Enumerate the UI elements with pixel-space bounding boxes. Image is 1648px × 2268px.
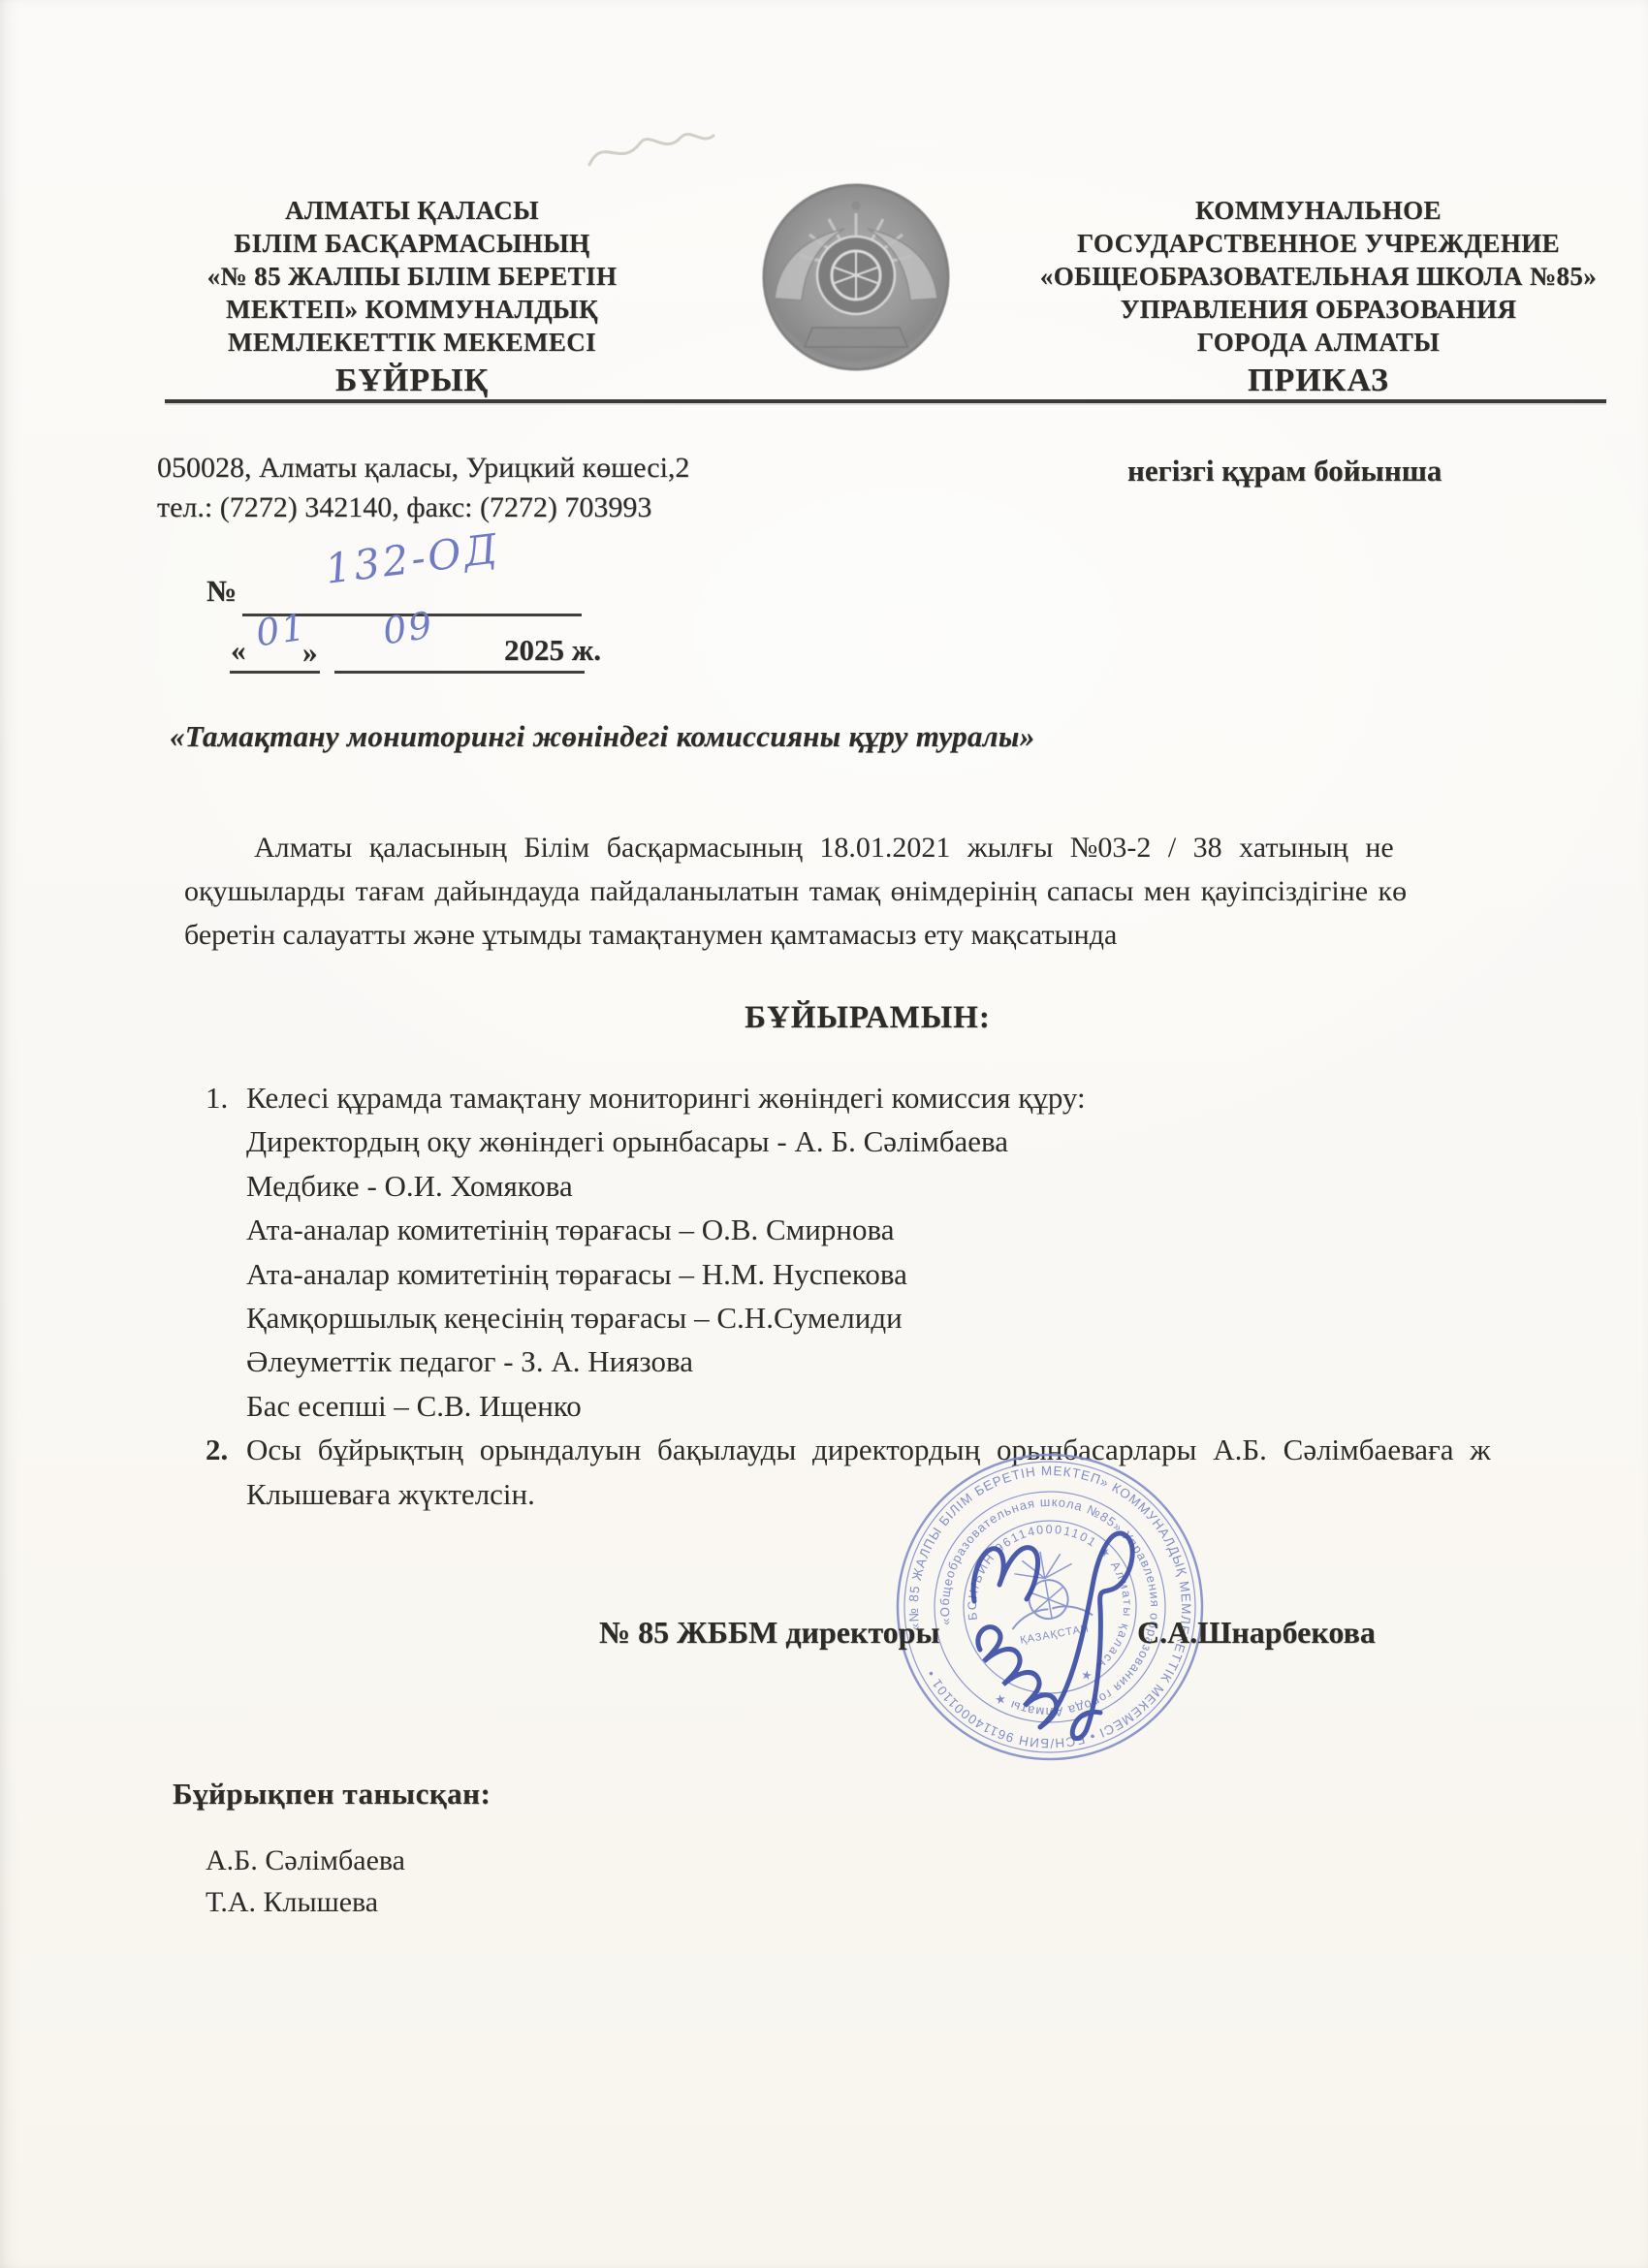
order-number-label: №: [206, 574, 237, 609]
date-month-handwritten: 09: [380, 604, 436, 653]
item-text: Қамқоршылық кеңесінің төрағасы – С.Н.Сум…: [246, 1296, 903, 1339]
item-number: [206, 1208, 246, 1251]
item-number: [206, 1296, 246, 1339]
item-number: [206, 1119, 246, 1163]
acknowledged-heading: Бұйрықпен танысқан:: [173, 1777, 491, 1811]
list-item: Ата-аналар комитетінің төрағасы – О.В. С…: [206, 1208, 1648, 1251]
paragraph-line: оқушыларды тағам дайындауда пайдаланылат…: [184, 869, 1648, 913]
date-day-blank-line: [230, 671, 320, 674]
item-text: Медбике - О.И. Хомякова: [246, 1164, 573, 1208]
paragraph-line: беретін салауатты және ұтымды тамақтанум…: [184, 913, 1648, 957]
org-ru-line: «ОБЩЕОБРАЗОВАТЕЛЬНАЯ ШКОЛА №85»: [1003, 260, 1633, 293]
director-signature: [926, 1493, 1178, 1754]
item-number: 2.: [206, 1428, 246, 1471]
date-quote-close: »: [302, 635, 318, 670]
org-name-russian: КОММУНАЛЬНОЕ ГОСУДАРСТВЕННОЕ УЧРЕЖДЕНИЕ …: [1003, 194, 1633, 400]
scanned-order-document: АЛМАТЫ ҚАЛАСЫ БІЛІМ БАСҚАРМАСЫНЫҢ «№ 85 …: [0, 0, 1648, 2268]
item-text: Келесі құрамда тамақтану мониторингі жөн…: [246, 1076, 1086, 1119]
order-number-handwritten: 132-ОД: [323, 524, 503, 593]
item-number: [206, 1384, 246, 1428]
org-ru-line: КОММУНАЛЬНОЕ: [1003, 194, 1633, 227]
org-ru-line: УПРАВЛЕНИЯ ОБРАЗОВАНИЯ: [1003, 293, 1633, 326]
org-phone-fax: тел.: (7272) 342140, факс: (7272) 703993: [157, 488, 689, 527]
item-text: Бас есепші – С.В. Ищенко: [246, 1384, 582, 1428]
acknowledged-name: А.Б. Сәлімбаева: [206, 1840, 405, 1881]
acknowledged-names: А.Б. Сәлімбаева Т.А. Клышева: [206, 1840, 405, 1923]
org-kk-line: АЛМАТЫ ҚАЛАСЫ: [179, 194, 645, 227]
item-text: Әлеуметтік педагог - З. А. Ниязова: [246, 1339, 693, 1383]
org-ru-line: ГОСУДАРСТВЕННОЕ УЧРЕЖДЕНИЕ: [1003, 227, 1633, 260]
date-quote-open: «: [231, 633, 246, 668]
item-text: Клышеваға жүктелсін.: [246, 1472, 535, 1516]
director-title: № 85 ЖББМ директоры: [599, 1615, 939, 1651]
item-number: [206, 1339, 246, 1383]
item-number: [206, 1164, 246, 1208]
list-item: Ата-аналар комитетінің төрағасы – Н.М. Н…: [206, 1252, 1648, 1296]
annotation-basic-staff: негізгі құрам бойынша: [1127, 454, 1442, 488]
pencil-scribble: [582, 124, 727, 182]
body-paragraph: Алматы қаласының Білім басқармасының 18.…: [184, 826, 1648, 957]
org-kk-line: БІЛІМ БАСҚАРМАСЫНЫҢ: [179, 227, 645, 260]
list-item: Қамқоршылық кеңесінің төрағасы – С.Н.Сум…: [206, 1296, 1648, 1339]
org-ru-line: ГОРОДА АЛМАТЫ: [1003, 326, 1633, 359]
list-item: Медбике - О.И. Хомякова: [206, 1164, 1648, 1208]
doc-type-kazakh: БҰЙРЫҚ: [179, 362, 645, 400]
item-number: [206, 1252, 246, 1296]
date-year: 2025 ж.: [504, 633, 601, 668]
list-item: Директордың оқу жөніндегі орынбасары - А…: [206, 1119, 1648, 1163]
header-divider: [165, 399, 1606, 403]
item-number: [206, 1472, 246, 1516]
date-month-blank-line: [334, 671, 585, 674]
kazakhstan-emblem-icon: [759, 180, 953, 374]
item-text: Ата-аналар комитетінің төрағасы – Н.М. Н…: [246, 1252, 907, 1296]
item-text: Директордың оқу жөніндегі орынбасары - А…: [246, 1119, 1008, 1163]
org-contact: 050028, Алматы қаласы, Урицкий көшесі,2 …: [157, 448, 689, 527]
list-item: Бас есепші – С.В. Ищенко: [206, 1384, 1648, 1428]
order-heading: БҰЙЫРАМЫН:: [184, 1000, 1551, 1036]
date-day-handwritten: 01: [253, 606, 309, 655]
org-name-kazakh: АЛМАТЫ ҚАЛАСЫ БІЛІМ БАСҚАРМАСЫНЫҢ «№ 85 …: [179, 194, 645, 400]
org-kk-line: «№ 85 ЖАЛПЫ БІЛІМ БЕРЕТІН: [179, 260, 645, 293]
paragraph-line: Алматы қаласының Білім басқармасының 18.…: [184, 826, 1648, 869]
doc-type-russian: ПРИКАЗ: [1003, 362, 1633, 400]
item-text: Ата-аналар комитетінің төрағасы – О.В. С…: [246, 1208, 894, 1251]
list-item: Әлеуметтік педагог - З. А. Ниязова: [206, 1339, 1648, 1383]
org-kk-line: МЕМЛЕКЕТТІК МЕКЕМЕСІ: [179, 326, 645, 359]
item-text: Осы бұйрықтың орындалуын бақылауды дирек…: [246, 1428, 1491, 1471]
order-subject: «Тамақтану мониторингі жөніндегі комисси…: [170, 719, 1035, 754]
item-number: 1.: [206, 1076, 246, 1119]
org-address: 050028, Алматы қаласы, Урицкий көшесі,2: [157, 448, 689, 488]
org-kk-line: МЕКТЕП» КОММУНАЛДЫҚ: [179, 293, 645, 326]
acknowledged-name: Т.А. Клышева: [206, 1881, 405, 1923]
list-item: 1.Келесі құрамда тамақтану мониторингі ж…: [206, 1076, 1648, 1119]
